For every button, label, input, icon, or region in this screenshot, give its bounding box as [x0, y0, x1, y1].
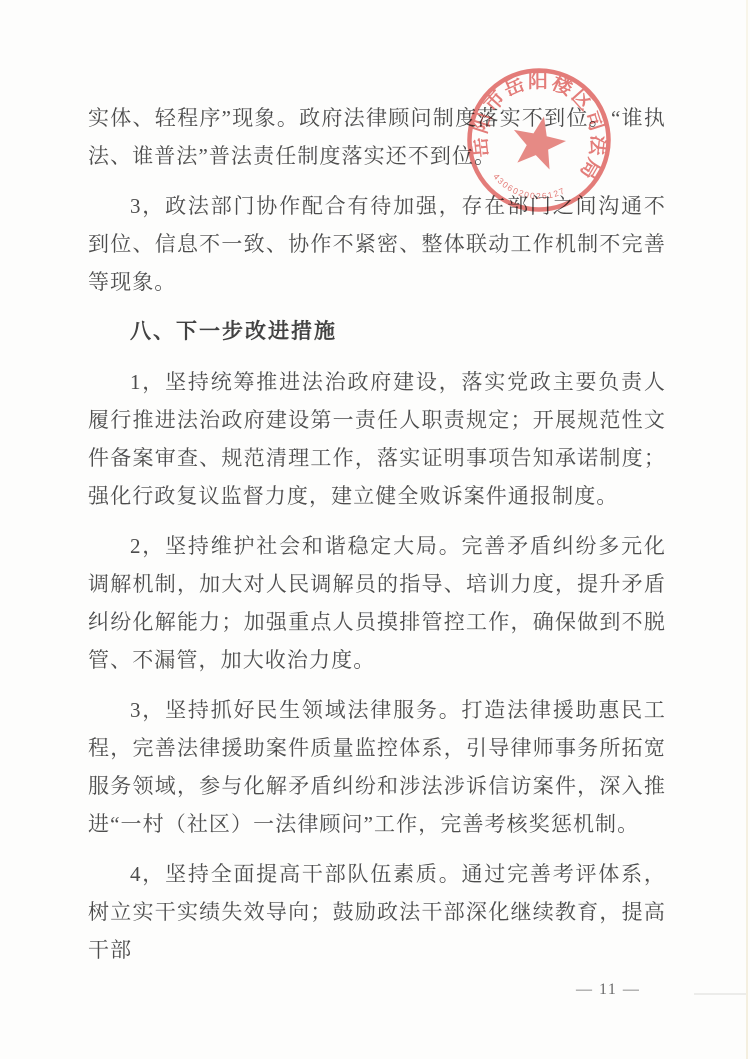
paragraph: 实体、轻程序”现象。政府法律顾问制度落实不到位。“谁执法、谁普法”普法责任制度落… [88, 99, 666, 175]
paragraph: 4，坚持全面提高干部队伍素质。通过完善考评体系，树立实干实绩失效导向；鼓励政法干… [88, 855, 666, 969]
document-body: 实体、轻程序”现象。政府法律顾问制度落实不到位。“谁执法、谁普法”普法责任制度落… [88, 99, 666, 981]
page-number: — 11 — [576, 981, 676, 999]
document-page: 实体、轻程序”现象。政府法律顾问制度落实不到位。“谁执法、谁普法”普法责任制度落… [0, 0, 750, 1059]
paragraph: 3，坚持抓好民生领域法律服务。打造法律援助惠民工程，完善法律援助案件质量监控体系… [88, 691, 666, 843]
section-heading: 八、下一步改进措施 [88, 313, 666, 351]
paragraph: 2，坚持维护社会和谐稳定大局。完善矛盾纠纷多元化调解机制，加大对人民调解员的指导… [88, 527, 666, 679]
scan-smudge-artifact [694, 993, 746, 995]
scan-edge-artifact [746, 0, 748, 1059]
paragraph: 1，坚持统筹推进法治政府建设，落实党政主要负责人履行推进法治政府建设第一责任人职… [88, 363, 666, 515]
paragraph: 3，政法部门协作配合有待加强，存在部门之间沟通不到位、信息不一致、协作不紧密、整… [88, 187, 666, 301]
